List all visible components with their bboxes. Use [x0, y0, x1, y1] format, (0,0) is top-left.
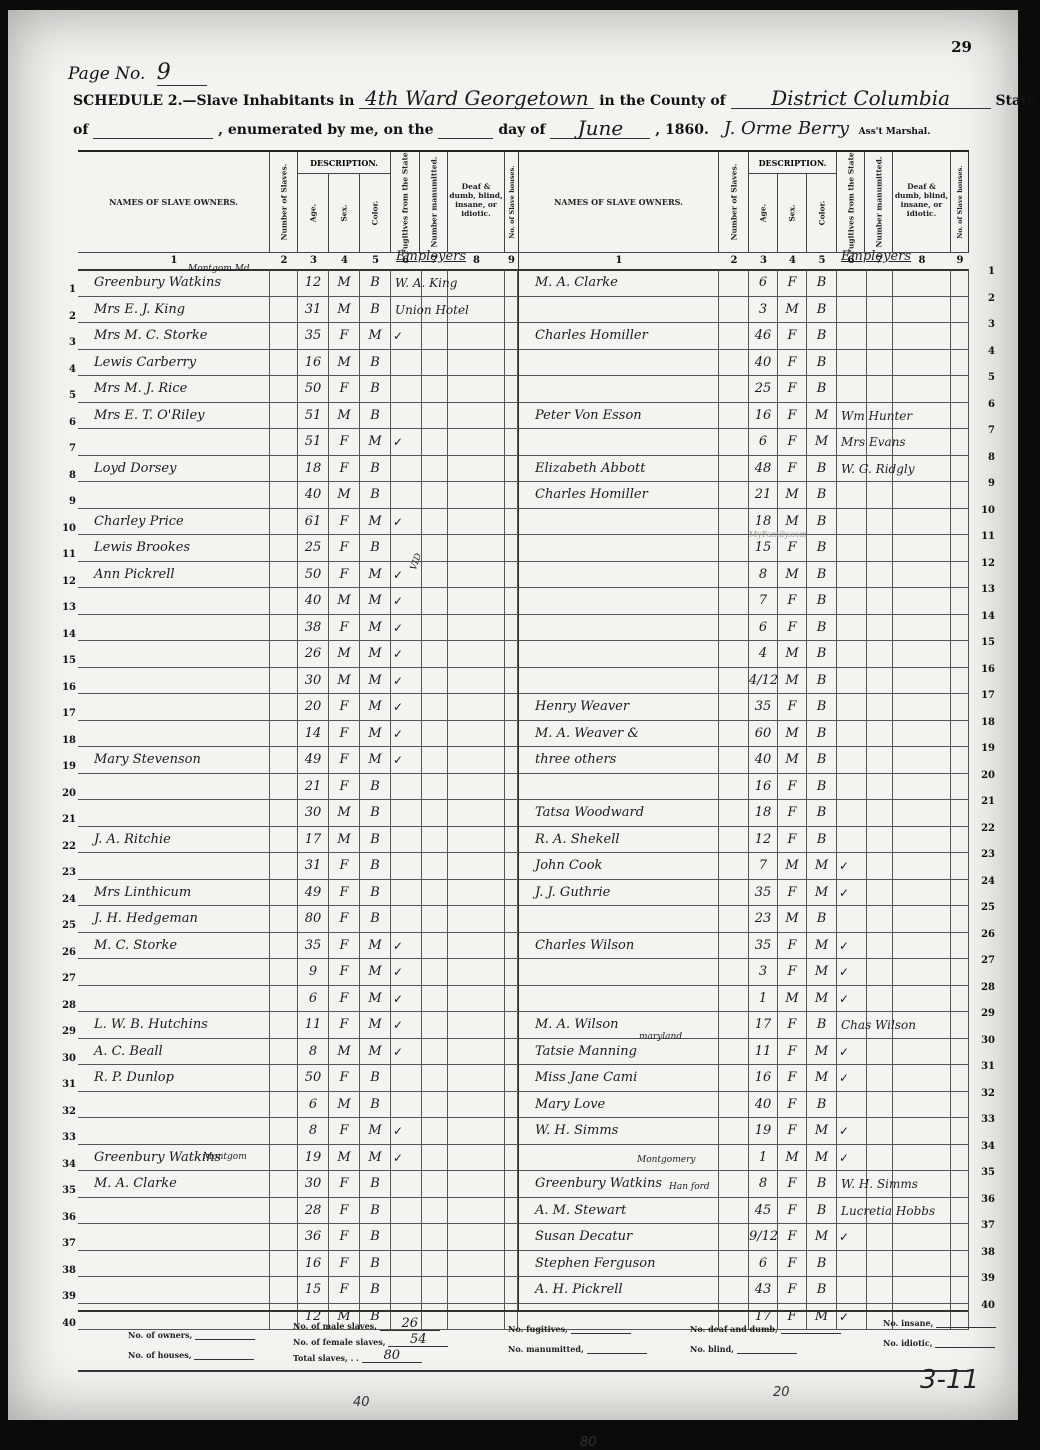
age-value: 50 — [298, 1065, 329, 1091]
deaf-value — [893, 1277, 951, 1303]
owner-name: A. M. Stewart — [519, 1198, 719, 1224]
manumitted-value — [420, 933, 448, 959]
age-value: 48 — [749, 456, 778, 482]
color-value: M — [807, 1065, 837, 1091]
col-description: DESCRIPTION. — [298, 152, 391, 174]
sex-value: F — [329, 906, 360, 932]
total-count-value: 80 — [362, 1350, 422, 1363]
owner-name — [78, 429, 270, 455]
sex-value: F — [329, 376, 360, 402]
table-row: 3MB2 — [519, 297, 969, 324]
manumitted-value — [865, 270, 893, 296]
col-deaf: Deaf & dumb, blind, insane, or idiotic. — [448, 152, 505, 252]
houses-value — [505, 270, 518, 296]
houses-value — [505, 694, 518, 720]
deaf-value — [448, 1171, 505, 1197]
idiotic-count-label: No. idiotic, — [883, 1338, 932, 1348]
employers-annotation: Employers — [396, 249, 466, 264]
age-value: 21 — [298, 774, 329, 800]
table-row: Charley Price61FM✓10 — [78, 509, 518, 536]
houses-value — [505, 668, 518, 694]
slave-count — [270, 456, 298, 482]
houses-value — [505, 350, 518, 376]
age-value: 6 — [298, 986, 329, 1012]
sex-value: M — [329, 668, 360, 694]
color-value: M — [360, 588, 391, 614]
row-number: 33 — [56, 1132, 76, 1143]
houses-value — [951, 562, 969, 588]
manumitted-value — [420, 800, 448, 826]
manumitted-value — [865, 562, 893, 588]
owner-name — [519, 774, 719, 800]
sex-value: F — [778, 880, 807, 906]
slave-count — [719, 1118, 749, 1144]
fugitive-mark — [393, 350, 422, 376]
owner-name — [519, 509, 719, 535]
manumitted-value — [865, 323, 893, 349]
sex-value: F — [329, 959, 360, 985]
color-value: M — [360, 959, 391, 985]
owner-name: Henry Weaver — [519, 694, 719, 720]
age-value: 11 — [298, 1012, 329, 1038]
column-number-row: 1 2 3 4 5 6 7 8 9 Employers — [78, 252, 518, 271]
owner-name: Miss Jane Cami — [519, 1065, 719, 1091]
sex-value: M — [329, 350, 360, 376]
fugitive-mark: ✓ — [393, 959, 422, 985]
fugitive-mark — [839, 641, 867, 667]
manumitted-value — [420, 747, 448, 773]
color-value: B — [807, 482, 837, 508]
fugitive-mark — [839, 694, 867, 720]
deaf-value — [448, 747, 505, 773]
fugitive-mark: ✓ — [393, 429, 422, 455]
sex-value: M — [778, 721, 807, 747]
houses-value — [951, 641, 969, 667]
blind-count-label: No. blind, — [690, 1344, 734, 1354]
color-value: B — [807, 1198, 837, 1224]
row-number: 2 — [56, 311, 76, 322]
slave-count — [719, 800, 749, 826]
deaf-value — [448, 853, 505, 879]
deaf-value — [893, 1145, 951, 1171]
fugitive-mark — [393, 774, 422, 800]
deaf-value — [893, 1065, 951, 1091]
row-number: 40 — [975, 1300, 995, 1311]
row-number: 15 — [56, 655, 76, 666]
owner-name: Tatsa Woodward — [519, 800, 719, 826]
color-value: B — [807, 827, 837, 853]
manumitted-value — [865, 721, 893, 747]
manumitted-count-value — [587, 1353, 647, 1354]
owner-name: Mrs E. T. O'Riley — [78, 403, 270, 429]
age-value: 25 — [298, 535, 329, 561]
age-value: 12 — [749, 827, 778, 853]
row-number: 8 — [56, 470, 76, 481]
deaf-value — [893, 562, 951, 588]
age-value: 50 — [298, 376, 329, 402]
houses-value — [951, 509, 969, 535]
col-houses: No. of Slave houses. — [951, 152, 969, 252]
deaf-value — [893, 774, 951, 800]
manumitted-value — [865, 880, 893, 906]
age-value: 40 — [298, 588, 329, 614]
table-row: 16FB38 — [78, 1251, 518, 1278]
sex-value: F — [778, 588, 807, 614]
table-row: Henry Weaver35FB17 — [519, 694, 969, 721]
place-field: 4th Ward Georgetown — [359, 88, 594, 109]
fugitive-mark: ✓ — [393, 615, 422, 641]
owner-name: Susan Decatur — [519, 1224, 719, 1250]
fugitive-mark — [393, 1092, 422, 1118]
manumitted-value — [865, 535, 893, 561]
col-num: 3 — [749, 253, 778, 269]
owner-name: Lewis Brookes — [78, 535, 270, 561]
owner-name — [78, 986, 270, 1012]
slave-count — [270, 323, 298, 349]
owner-name: Charles Wilson — [519, 933, 719, 959]
margin-note: 3-11 — [920, 1365, 979, 1395]
col-num: 1 — [519, 253, 719, 269]
fugitive-mark: ✓ — [393, 1039, 422, 1065]
enumeration-line: of , enumerated by me, on the day of Jun… — [73, 118, 973, 139]
female-count-label: No. of female slaves, — [293, 1337, 386, 1347]
manumitted-value — [420, 880, 448, 906]
col-manumitted: Number manumitted. — [420, 152, 448, 252]
color-value: B — [807, 588, 837, 614]
age-value: 8 — [749, 562, 778, 588]
color-value: M — [807, 429, 837, 455]
owner-name — [519, 297, 719, 323]
table-row: Elizabeth Abbott48FBW. G. Ridgly8 — [519, 456, 969, 483]
table-row: Charles Homiller21MB9 — [519, 482, 969, 509]
deaf-value — [448, 1092, 505, 1118]
col-fugitives: Fugitives from the State. — [391, 152, 420, 252]
color-value: M — [360, 323, 391, 349]
sex-value: M — [778, 297, 807, 323]
row-number: 19 — [975, 743, 995, 754]
color-value: M — [360, 668, 391, 694]
sex-value: M — [329, 588, 360, 614]
slave-count — [270, 1277, 298, 1303]
houses-value — [505, 297, 518, 323]
col-description: DESCRIPTION. — [749, 152, 837, 174]
deaf-value — [893, 323, 951, 349]
row-number: 35 — [56, 1185, 76, 1196]
sex-value: M — [778, 906, 807, 932]
color-value: B — [807, 1092, 837, 1118]
age-value: 16 — [749, 774, 778, 800]
slave-count — [270, 562, 298, 588]
owner-name — [519, 429, 719, 455]
county-label: in the County of — [599, 93, 725, 109]
houses-value — [505, 959, 518, 985]
table-row: Tatsie Manning11FM✓30 — [519, 1039, 969, 1066]
owner-name: Mrs M. C. Storke — [78, 323, 270, 349]
male-count-value: 26 — [380, 1318, 440, 1331]
houses-value — [505, 1012, 518, 1038]
row-number: 18 — [56, 735, 76, 746]
row-number: 31 — [975, 1061, 995, 1072]
manumitted-value — [420, 1224, 448, 1250]
age-value: 16 — [298, 1251, 329, 1277]
manumitted-value — [420, 721, 448, 747]
col-age: Age. — [298, 174, 329, 252]
manumitted-value — [865, 1251, 893, 1277]
slave-count — [270, 721, 298, 747]
slave-count — [270, 1065, 298, 1091]
row-number: 11 — [975, 531, 995, 542]
col-sex: Sex. — [329, 174, 360, 252]
houses-value — [951, 668, 969, 694]
table-row: 40FB4 — [519, 350, 969, 377]
slave-count — [270, 668, 298, 694]
color-value: B — [807, 562, 837, 588]
column-number-row: 1 2 3 4 5 6 7 8 9 Employers — [519, 252, 969, 271]
houses-value — [951, 933, 969, 959]
slave-count — [270, 906, 298, 932]
slave-count — [270, 986, 298, 1012]
color-value: B — [807, 270, 837, 296]
deaf-value — [448, 721, 505, 747]
slave-count — [719, 774, 749, 800]
row-number: 8 — [975, 452, 995, 463]
slave-count — [719, 509, 749, 535]
houses-value — [951, 880, 969, 906]
slave-count — [719, 1198, 749, 1224]
table-row: R. P. Dunlop50FB31 — [78, 1065, 518, 1092]
page-label: Page No. — [68, 64, 145, 84]
table-row: Greenbury Watkins12MBW. A. King1 — [78, 270, 518, 297]
age-value: 40 — [298, 482, 329, 508]
insane-count-value — [936, 1327, 996, 1328]
houses-value — [951, 906, 969, 932]
col-manumitted-label: Number manumitted. — [874, 157, 883, 248]
sex-value: F — [778, 800, 807, 826]
deaf-value — [893, 959, 951, 985]
montgomery-annotation: Montgom — [203, 1152, 247, 1162]
sex-value: M — [329, 800, 360, 826]
page-number-value: 9 — [157, 60, 207, 86]
sex-value: M — [329, 641, 360, 667]
table-row: 1MM✓34 — [519, 1145, 969, 1172]
houses-value — [505, 429, 518, 455]
sex-value: F — [329, 615, 360, 641]
houses-value — [951, 615, 969, 641]
age-value: 23 — [749, 906, 778, 932]
row-number: 33 — [975, 1114, 995, 1125]
color-value: B — [360, 456, 391, 482]
totals-footer: No. of owners, No. of houses, No. of mal… — [78, 1310, 968, 1372]
houses-value — [505, 1065, 518, 1091]
slave-count — [719, 933, 749, 959]
table-row: 14FM✓18 — [78, 721, 518, 748]
fugitive-mark — [393, 800, 422, 826]
color-value: M — [807, 1118, 837, 1144]
age-value: 26 — [298, 641, 329, 667]
county-field: District Columbia — [731, 88, 991, 109]
manumitted-value — [865, 774, 893, 800]
owner-name: A. H. Pickrell — [519, 1277, 719, 1303]
slave-count — [719, 323, 749, 349]
manumitted-value — [420, 588, 448, 614]
color-value: B — [360, 403, 391, 429]
manumitted-value — [420, 906, 448, 932]
col-manumitted-label: Number manumitted. — [429, 157, 438, 248]
col-color-label: Color. — [817, 201, 826, 226]
color-value: B — [360, 774, 391, 800]
sex-value: F — [329, 880, 360, 906]
color-value: B — [360, 1092, 391, 1118]
manumitted-value — [865, 1039, 893, 1065]
sex-value: F — [329, 323, 360, 349]
row-number: 37 — [56, 1238, 76, 1249]
schedule-header: SCHEDULE 2.—Slave Inhabitants in 4th War… — [73, 88, 973, 109]
age-value: 16 — [749, 1065, 778, 1091]
table-row: 6FM✓28 — [78, 986, 518, 1013]
deaf-value — [893, 1224, 951, 1250]
row-number: 38 — [56, 1265, 76, 1276]
col-num: 9 — [951, 253, 969, 269]
houses-value — [505, 482, 518, 508]
color-value: B — [360, 270, 391, 296]
slave-count — [719, 721, 749, 747]
slave-count — [270, 933, 298, 959]
row-number: 39 — [975, 1273, 995, 1284]
color-value: M — [360, 509, 391, 535]
houses-value — [505, 535, 518, 561]
deaf-value — [448, 668, 505, 694]
watermark: MyFamily.com — [749, 530, 807, 539]
color-value: M — [360, 986, 391, 1012]
row-number: 6 — [56, 417, 76, 428]
owner-name: Lewis Carberry — [78, 350, 270, 376]
montgomery-annotation: Montgomery — [637, 1155, 695, 1165]
owner-name — [78, 641, 270, 667]
age-value: 35 — [749, 933, 778, 959]
manumitted-value — [420, 694, 448, 720]
manumitted-value — [420, 774, 448, 800]
deaf-value — [448, 906, 505, 932]
houses-value — [951, 482, 969, 508]
slave-count — [719, 482, 749, 508]
owner-name — [519, 668, 719, 694]
fugitive-mark — [839, 1277, 867, 1303]
deaf-value — [893, 1118, 951, 1144]
houses-value — [951, 297, 969, 323]
houses-count: No. of houses, — [128, 1350, 254, 1360]
table-row: Susan Decatur9/12FM✓37 — [519, 1224, 969, 1251]
col-houses: No. of Slave houses. — [505, 152, 518, 252]
table-row: Charles Homiller46FB3 — [519, 323, 969, 350]
houses-value — [951, 429, 969, 455]
age-value: 40 — [749, 350, 778, 376]
slave-count — [719, 986, 749, 1012]
color-value: B — [807, 668, 837, 694]
deaf-value — [893, 588, 951, 614]
col-number: Number of Slaves. — [719, 152, 749, 252]
houses-value — [505, 933, 518, 959]
sex-value: M — [778, 747, 807, 773]
row-number: 12 — [56, 576, 76, 587]
houses-value — [951, 588, 969, 614]
age-value: 17 — [749, 1012, 778, 1038]
fugitive-mark — [839, 721, 867, 747]
manumitted-value — [865, 509, 893, 535]
year-label: , 1860. — [655, 122, 709, 138]
sex-value: F — [778, 1171, 807, 1197]
deaf-value — [893, 535, 951, 561]
houses-value — [951, 350, 969, 376]
slave-count — [270, 827, 298, 853]
owner-name: Peter Von Esson — [519, 403, 719, 429]
col-sex-label: Sex. — [788, 204, 797, 221]
color-value: B — [360, 350, 391, 376]
owner-name — [78, 1277, 270, 1303]
manumitted-value — [420, 509, 448, 535]
table-row: Lewis Carberry16MB4 — [78, 350, 518, 377]
table-row: M. A. Weaver &60MB18 — [519, 721, 969, 748]
age-value: 51 — [298, 403, 329, 429]
houses-value — [505, 853, 518, 879]
fugitive-mark — [839, 535, 867, 561]
owner-name: Elizabeth Abbott — [519, 456, 719, 482]
age-value: 80 — [298, 906, 329, 932]
color-value: B — [360, 1198, 391, 1224]
color-value: B — [807, 376, 837, 402]
sex-value: F — [778, 350, 807, 376]
age-value: 25 — [749, 376, 778, 402]
male-count: No. of male slaves, 26 — [293, 1318, 440, 1331]
age-value: 1 — [749, 986, 778, 1012]
table-row: M. C. Storke35FM✓26 — [78, 933, 518, 960]
fugitive-mark: ✓ — [839, 1065, 867, 1091]
manumitted-value — [420, 323, 448, 349]
color-value: B — [807, 800, 837, 826]
color-value: M — [807, 880, 837, 906]
sex-value: M — [329, 403, 360, 429]
sex-value: M — [329, 1145, 360, 1171]
houses-value — [505, 403, 518, 429]
fugitive-mark — [393, 853, 422, 879]
col-color: Color. — [360, 174, 391, 252]
color-value: B — [807, 615, 837, 641]
slave-count — [719, 1145, 749, 1171]
row-number: 15 — [975, 637, 995, 648]
fugitive-mark — [393, 1224, 422, 1250]
fugitive-mark — [839, 588, 867, 614]
fugitive-mark: ✓ — [393, 641, 422, 667]
age-value: 38 — [298, 615, 329, 641]
color-value: B — [360, 906, 391, 932]
manumitted-count: No. manumitted, — [508, 1344, 647, 1354]
fugitive-mark — [839, 774, 867, 800]
state-field — [93, 138, 213, 139]
row-number: 1 — [56, 284, 76, 295]
fugitive-mark — [393, 1198, 422, 1224]
age-value: 6 — [749, 270, 778, 296]
manumitted-value — [420, 1012, 448, 1038]
deaf-value — [448, 1277, 505, 1303]
fugitive-mark: ✓ — [839, 959, 867, 985]
sex-value: F — [778, 376, 807, 402]
insane-count-label: No. insane, — [883, 1318, 933, 1328]
table-row: M. A. Clarke6FB1 — [519, 270, 969, 297]
houses-value — [505, 588, 518, 614]
houses-value — [505, 1171, 518, 1197]
age-value: 60 — [749, 721, 778, 747]
fugitive-mark: ✓ — [393, 986, 422, 1012]
age-value: 30 — [298, 668, 329, 694]
